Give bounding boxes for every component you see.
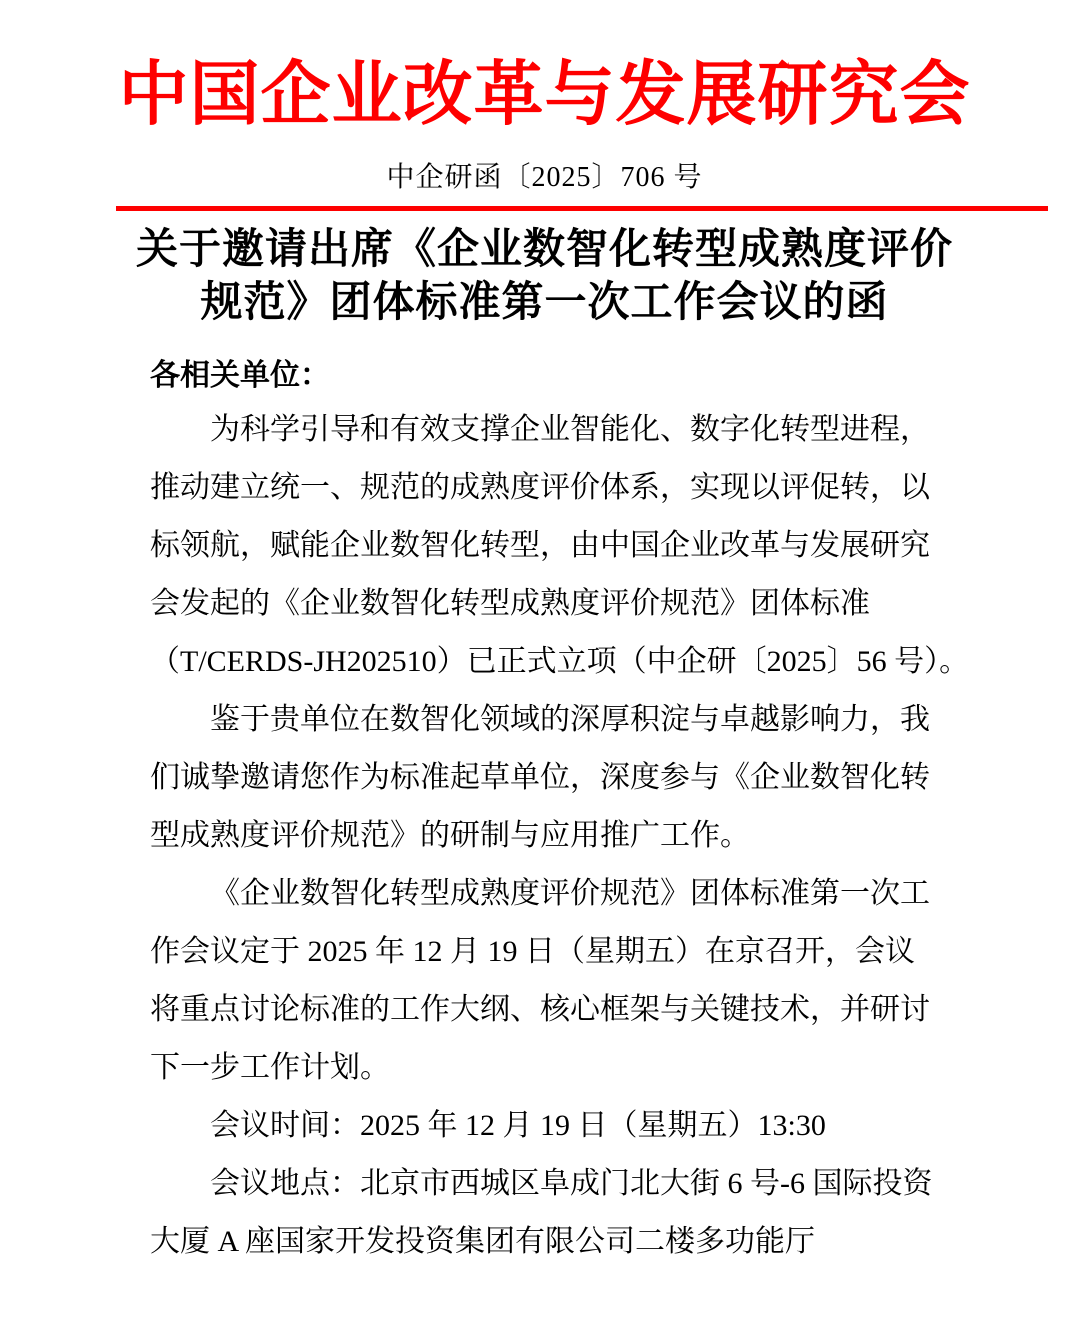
meeting-time-line: 会议时间：2025 年 12 月 19 日（星期五）13:30 (150, 1097, 934, 1155)
body-line: 下一步工作计划。 (150, 1039, 934, 1097)
meeting-location-line: 会议地点：北京市西城区阜成门北大街 6 号-6 国际投资 (150, 1155, 934, 1213)
body-line: （T/CERDS-JH202510）已正式立项（中企研〔2025〕56 号）。 (150, 633, 934, 691)
letter-body: 为科学引导和有效支撑企业智能化、数字化转型进程， 推动建立统一、规范的成熟度评价… (150, 401, 934, 1271)
salutation: 各相关单位： (150, 356, 1089, 396)
body-line: 鉴于贵单位在数智化领域的深厚积淀与卓越影响力，我 (150, 691, 934, 749)
body-line: 《企业数智化转型成熟度评价规范》团体标准第一次工 (150, 865, 934, 923)
body-line: 标领航，赋能企业数智化转型，由中国企业改革与发展研究 (150, 517, 934, 575)
body-line: 型成熟度评价规范》的研制与应用推广工作。 (150, 807, 934, 865)
org-name-heading: 中国企业改革与发展研究会 (0, 0, 1089, 136)
doc-number: 中企研函〔2025〕706 号 (0, 162, 1089, 194)
meeting-location-line: 大厦 A 座国家开发投资集团有限公司二楼多功能厅 (150, 1213, 934, 1271)
body-line: 会发起的《企业数智化转型成熟度评价规范》团体标准 (150, 575, 934, 633)
document-title: 关于邀请出席《企业数智化转型成熟度评价 规范》团体标准第一次工作会议的函 (0, 224, 1089, 330)
body-line: 们诚挚邀请您作为标准起草单位，深度参与《企业数智化转 (150, 749, 934, 807)
document-title-line-2: 规范》团体标准第一次工作会议的函 (0, 277, 1089, 330)
red-divider-rule (116, 206, 1048, 211)
document-title-line-1: 关于邀请出席《企业数智化转型成熟度评价 (0, 224, 1089, 277)
body-line: 作会议定于 2025 年 12 月 19 日（星期五）在京召开，会议 (150, 923, 934, 981)
document-page: 中国企业改革与发展研究会 中企研函〔2025〕706 号 关于邀请出席《企业数智… (0, 0, 1089, 1330)
body-line: 推动建立统一、规范的成熟度评价体系，实现以评促转，以 (150, 459, 934, 517)
body-line: 为科学引导和有效支撑企业智能化、数字化转型进程， (150, 401, 934, 459)
body-line: 将重点讨论标准的工作大纲、核心框架与关键技术，并研讨 (150, 981, 934, 1039)
